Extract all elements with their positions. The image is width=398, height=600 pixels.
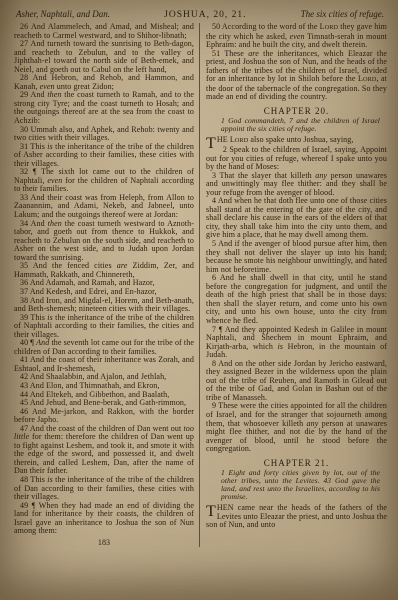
verse-2: 2 Speak to the children of Israel, sayin… xyxy=(206,146,387,172)
verse-6: 6 And he shall dwell in that city, until… xyxy=(206,274,387,325)
verse: THEN came near the heads of the fathers … xyxy=(206,504,387,530)
drop-cap: T xyxy=(206,504,217,520)
verse-26: 26 And Alammelech, and Amad, and Misheal… xyxy=(14,23,194,40)
running-head-right: The six cities of refuge. xyxy=(301,9,384,19)
running-head: Asher, Naphtali, and Dan. JOSHUA, 20, 21… xyxy=(0,0,398,23)
verse-33: 33 And their coast was from Heleph, from… xyxy=(14,194,194,220)
verse-4: 4 And when he that doth flee unto one of… xyxy=(206,197,387,240)
chapter-heading: CHAPTER 21. xyxy=(206,459,387,468)
running-head-left: Asher, Naphtali, and Dan. xyxy=(16,9,110,19)
verse-38: 38 And Iron, and Migdal-el, Horem, and B… xyxy=(14,297,194,314)
verse-30: 30 Ummah also, and Aphek, and Rehob: twe… xyxy=(14,126,194,143)
verse-39: 39 This is the inheritance of the tribe … xyxy=(14,314,194,340)
page-number: 183 xyxy=(14,539,194,548)
left-column: 26 And Alammelech, and Amad, and Misheal… xyxy=(14,23,200,547)
bible-page: Asher, Naphtali, and Dan. JOSHUA, 20, 21… xyxy=(0,0,398,600)
verse-27: 27 And turneth toward the sunrising to B… xyxy=(14,40,194,74)
running-head-title: JOSHUA, 20, 21. xyxy=(164,10,246,20)
verse-46: 46 And Me-jarkon, and Rakkon, with the b… xyxy=(14,408,194,425)
verse-9: 9 These were the cities appointed for al… xyxy=(206,402,387,453)
verse-8: 8 And on the other side Jordan by Jerich… xyxy=(206,360,387,403)
verse-48: 48 This is the inheritance of the tribe … xyxy=(14,476,194,502)
chapter-heading: CHAPTER 20. xyxy=(206,107,387,116)
chapter-summary: 1 God commandeth, 7 and the children of … xyxy=(213,117,380,133)
verse-32: 32 ¶ The sixth lot came out to the child… xyxy=(14,168,194,194)
verse-50: 50 According to the word of the LORD the… xyxy=(206,23,387,50)
verse-7: 7 ¶ And they appointed Kedesh in Galilee… xyxy=(206,326,387,360)
verse-49: 49 ¶ When they had made an end of dividi… xyxy=(14,502,194,536)
verse-29: 29 And then the coast turneth to Ramah, … xyxy=(14,91,194,125)
verse-47: 47 And the coast of the children of Dan … xyxy=(14,425,194,476)
verse-40: 40 ¶ And the seventh lot came out for th… xyxy=(14,339,194,356)
right-column: 50 According to the word of the LORD the… xyxy=(200,23,387,547)
verse-31: 31 This is the inheritance of the tribe … xyxy=(14,143,194,169)
verse-51: 51 These are the inheritances, which Ele… xyxy=(206,50,387,102)
verse-34: 34 And then the coast turneth westward t… xyxy=(14,220,194,263)
text-columns: 26 And Alammelech, and Amad, and Misheal… xyxy=(0,23,398,547)
verse-5: 5 And if the avenger of blood pursue aft… xyxy=(206,240,387,274)
verse-35: 35 And the fenced cities are Ziddim, Zer… xyxy=(14,262,194,279)
chapter-summary: 1 Eight and forty cities given by lot, o… xyxy=(213,469,380,501)
verse-3: 3 That the slayer that killeth any perso… xyxy=(206,172,387,198)
verse-41: 41 And the coast of their inheritance wa… xyxy=(14,356,194,373)
drop-cap: T xyxy=(206,136,217,152)
verse-28: 28 And Hebron, and Rehob, and Hammon, an… xyxy=(14,74,194,91)
